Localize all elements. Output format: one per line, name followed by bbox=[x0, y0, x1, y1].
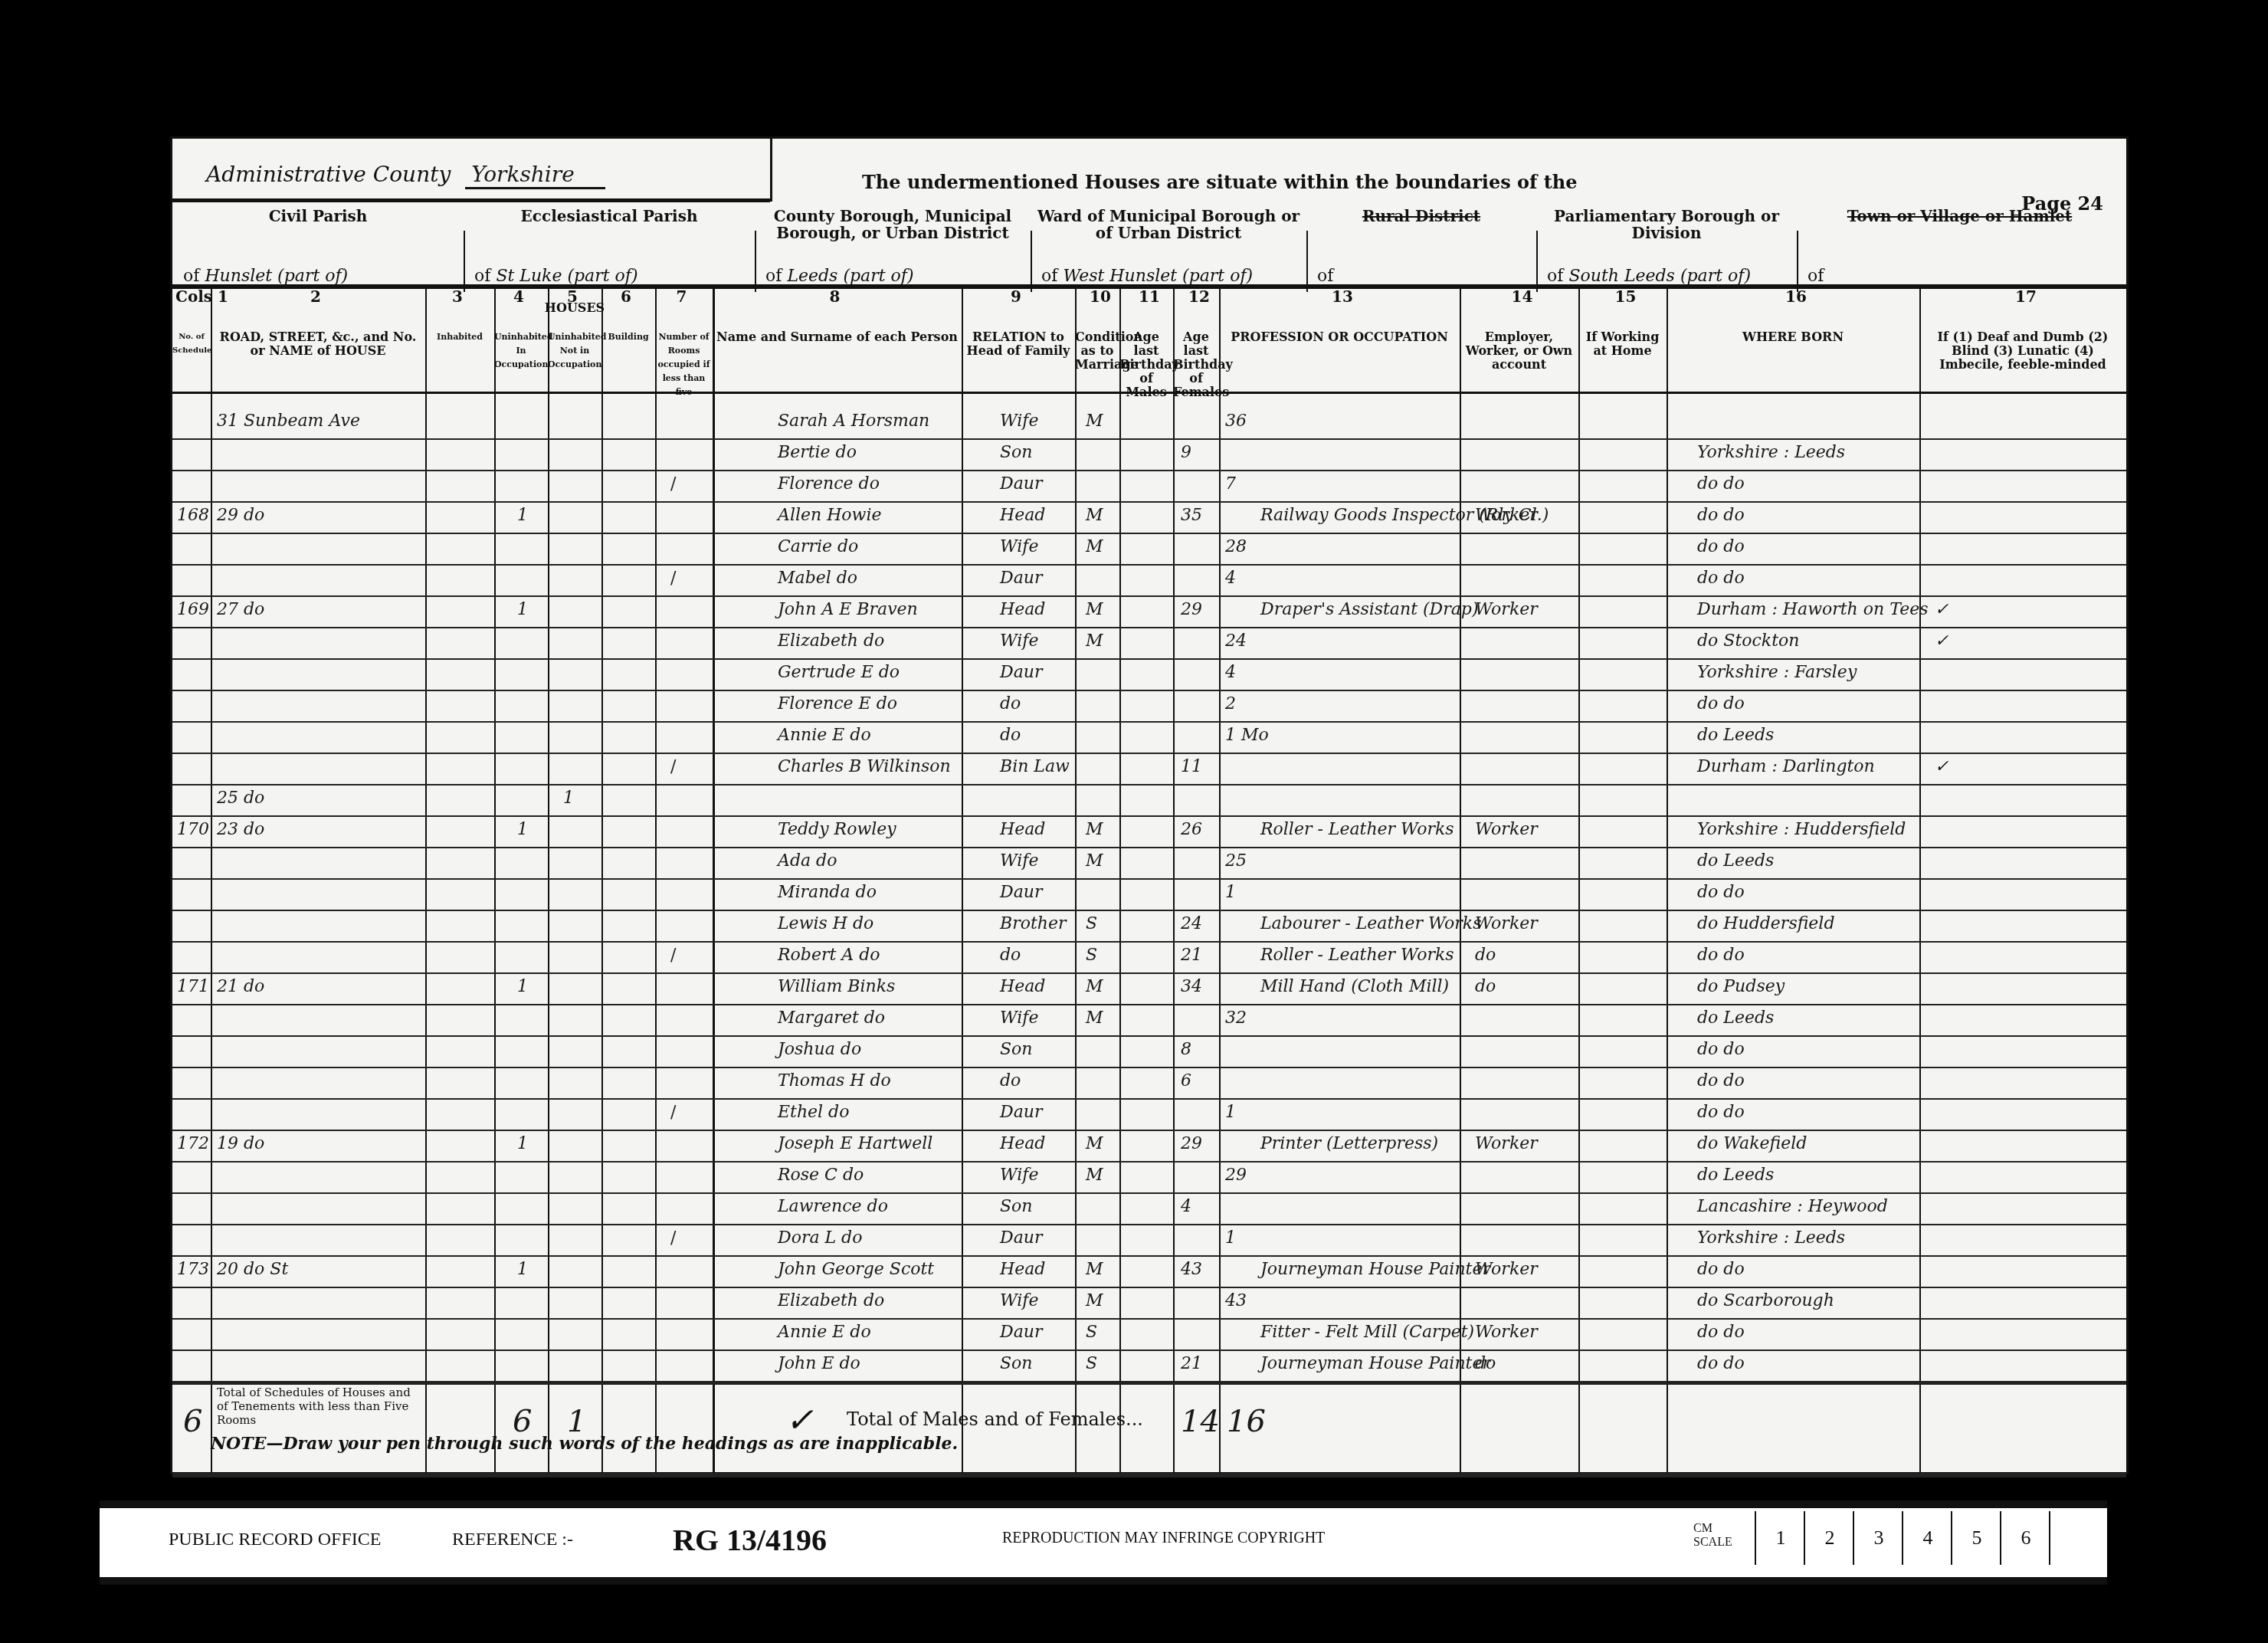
cell-inhab: 1 bbox=[517, 600, 528, 619]
cell-rel: Daur bbox=[1000, 883, 1042, 902]
cell-born: Yorkshire : Leeds bbox=[1697, 1228, 1845, 1248]
cell-rooms: / bbox=[670, 946, 676, 965]
cell-rel: Daur bbox=[1000, 569, 1042, 588]
total-schedules: 6 bbox=[183, 1404, 202, 1439]
column-number: 3 bbox=[452, 287, 463, 306]
area-label: Parliamentary Borough or Division bbox=[1536, 208, 1797, 241]
cell-rooms: / bbox=[670, 569, 676, 588]
cell-born: do Leeds bbox=[1697, 1166, 1774, 1185]
cell-cond: M bbox=[1086, 1291, 1103, 1310]
cell-rel: do bbox=[1000, 694, 1021, 713]
column-header: ROAD, STREET, &c., and No. or NAME of HO… bbox=[211, 330, 425, 358]
cell-emp: Worker bbox=[1475, 600, 1538, 619]
scale-mark: 1 bbox=[1755, 1511, 1805, 1565]
cell-occ: Mill Hand (Cloth Mill) bbox=[1260, 977, 1449, 996]
column-header: No. of Schedule bbox=[172, 330, 211, 358]
cell-born: do do bbox=[1697, 474, 1745, 494]
cell-rel: Wife bbox=[1000, 851, 1038, 871]
area-label: Ecclesiastical Parish bbox=[464, 208, 755, 225]
cell-male: 21 bbox=[1181, 1354, 1202, 1373]
cell-name: Carrie do bbox=[778, 537, 858, 556]
cell-rel: Wife bbox=[1000, 1166, 1038, 1185]
cell-rel: Son bbox=[1000, 443, 1033, 462]
column-header: RELATION to Head of Family bbox=[962, 330, 1075, 358]
cell-name: John A E Braven bbox=[778, 600, 918, 619]
reference-number: RG 13/4196 bbox=[673, 1522, 827, 1558]
column-header: Name and Surname of each Person bbox=[713, 330, 962, 344]
reference-label: REFERENCE :- bbox=[452, 1530, 573, 1550]
cell-cond: S bbox=[1086, 946, 1097, 965]
column-header: Age last Birthday of Males bbox=[1119, 330, 1173, 399]
column-header: WHERE BORN bbox=[1667, 330, 1919, 344]
cell-address: 21 do bbox=[217, 977, 264, 996]
area-label: County Borough, Municipal Borough, or Ur… bbox=[755, 208, 1031, 241]
cell-rel: do bbox=[1000, 1071, 1021, 1090]
cell-male: 11 bbox=[1181, 757, 1202, 776]
cell-rel: Son bbox=[1000, 1040, 1033, 1059]
cell-male: 9 bbox=[1181, 443, 1191, 462]
total-males: 14 bbox=[1181, 1404, 1220, 1439]
cell-name: Dora L do bbox=[778, 1228, 862, 1248]
column-header: Employer, Worker, or Own account bbox=[1460, 330, 1578, 372]
cell-emp: do bbox=[1475, 946, 1496, 965]
column-number: 16 bbox=[1785, 287, 1807, 306]
cell-female: 4 bbox=[1225, 569, 1236, 588]
copyright-notice: REPRODUCTION MAY INFRINGE COPYRIGHT bbox=[1002, 1530, 1325, 1547]
cell-rel: Head bbox=[1000, 506, 1045, 525]
cell-female: 2 bbox=[1225, 694, 1236, 713]
cell-rel: Head bbox=[1000, 1260, 1045, 1279]
cell-address: 27 do bbox=[217, 600, 264, 619]
cell-rel: Daur bbox=[1000, 474, 1042, 494]
cell-cond: M bbox=[1086, 506, 1103, 525]
cell-name: Ada do bbox=[778, 851, 837, 871]
cell-cond: S bbox=[1086, 914, 1097, 933]
cell-name: Sarah A Horsman bbox=[778, 412, 929, 431]
cell-name: Florence E do bbox=[778, 694, 897, 713]
cell-name: Ethel do bbox=[778, 1103, 849, 1122]
cell-inhab: 1 bbox=[517, 1134, 528, 1153]
column-header: Uninhabited In Occupation bbox=[494, 330, 548, 372]
cell-male: 43 bbox=[1181, 1260, 1202, 1279]
cell-occ: Draper's Assistant (Drap) bbox=[1260, 600, 1479, 619]
scale-label: CM SCALE bbox=[1693, 1522, 1724, 1550]
area-4: Rural Districtof bbox=[1306, 208, 1536, 292]
cell-name: Gertrude E do bbox=[778, 663, 900, 682]
cell-cond: M bbox=[1086, 851, 1103, 871]
cell-emp: Worker bbox=[1475, 1323, 1538, 1342]
cell-rel: Brother bbox=[1000, 914, 1066, 933]
cell-name: Joseph E Hartwell bbox=[778, 1134, 932, 1153]
area-label: Rural District bbox=[1306, 208, 1536, 225]
cell-name: Bertie do bbox=[778, 443, 857, 462]
cell-male: 26 bbox=[1181, 820, 1202, 839]
cell-rel: Head bbox=[1000, 1134, 1045, 1153]
cell-born: Durham : Darlington bbox=[1697, 757, 1875, 776]
column-number: 11 bbox=[1139, 287, 1160, 306]
cell-cond: M bbox=[1086, 600, 1103, 619]
cell-name: Annie E do bbox=[778, 1323, 871, 1342]
cell-address: 23 do bbox=[217, 820, 264, 839]
cell-rel: Daur bbox=[1000, 1103, 1042, 1122]
area-label: Town or Village or Hamlet bbox=[1797, 208, 2122, 225]
cell-born: do do bbox=[1697, 506, 1745, 525]
cell-rel: Wife bbox=[1000, 1008, 1038, 1028]
cell-born: do Leeds bbox=[1697, 726, 1774, 745]
cell-born: do Pudsey bbox=[1697, 977, 1785, 996]
cell-name: Robert A do bbox=[778, 946, 880, 965]
cell-female: 25 bbox=[1225, 851, 1247, 871]
column-number: 10 bbox=[1090, 287, 1111, 306]
area-value: of bbox=[1808, 267, 2112, 286]
cell-cond: S bbox=[1086, 1323, 1097, 1342]
cell-emp: Worker bbox=[1475, 506, 1538, 525]
cell-inf: ✓ bbox=[1935, 757, 1948, 776]
cell-cond: M bbox=[1086, 1134, 1103, 1153]
cell-rel: Wife bbox=[1000, 537, 1038, 556]
cell-name: Lewis H do bbox=[778, 914, 873, 933]
column-number: 7 bbox=[677, 287, 687, 306]
cell-rel: Wife bbox=[1000, 631, 1038, 651]
scale-mark: 2 bbox=[1804, 1511, 1854, 1565]
cell-cond: S bbox=[1086, 1354, 1097, 1373]
cell-female: 32 bbox=[1225, 1008, 1247, 1028]
cell-cond: M bbox=[1086, 1166, 1103, 1185]
admin-county-label: Administrative County bbox=[206, 162, 451, 187]
census-sheet: Administrative County Yorkshire The unde… bbox=[170, 136, 2129, 1474]
area-2: County Borough, Municipal Borough, or Ur… bbox=[755, 208, 1031, 292]
scale-mark: 4 bbox=[1902, 1511, 1952, 1565]
cell-inhab: 1 bbox=[517, 820, 528, 839]
cell-cond: M bbox=[1086, 631, 1103, 651]
cell-sched: 170 bbox=[177, 820, 209, 839]
area-label: Civil Parish bbox=[172, 208, 464, 225]
total-schedules-label: Total of Schedules of Houses and of Tene… bbox=[217, 1386, 416, 1427]
cell-occ: Fitter - Felt Mill (Carpet) bbox=[1260, 1323, 1474, 1342]
cell-emp: Worker bbox=[1475, 820, 1538, 839]
cell-male: 6 bbox=[1181, 1071, 1191, 1090]
cell-female: 4 bbox=[1225, 663, 1236, 682]
cell-emp: Worker bbox=[1475, 1260, 1538, 1279]
cell-name: Charles B Wilkinson bbox=[778, 757, 951, 776]
cell-name: Florence do bbox=[778, 474, 880, 494]
cell-name: Joshua do bbox=[778, 1040, 861, 1059]
cell-name: Miranda do bbox=[778, 883, 877, 902]
cell-born: do do bbox=[1697, 694, 1745, 713]
column-header: PROFESSION OR OCCUPATION bbox=[1219, 330, 1460, 344]
cell-male: 29 bbox=[1181, 600, 1202, 619]
cell-inf: ✓ bbox=[1935, 631, 1948, 651]
cell-born: do Leeds bbox=[1697, 851, 1774, 871]
cell-rooms: / bbox=[670, 474, 676, 494]
cell-male: 21 bbox=[1181, 946, 1202, 965]
cell-born: do do bbox=[1697, 537, 1745, 556]
column-header: Condition as to Marriage bbox=[1075, 330, 1119, 372]
cell-inf: ✓ bbox=[1935, 600, 1948, 619]
cell-male: 4 bbox=[1181, 1197, 1191, 1216]
page-title: The undermentioned Houses are situate wi… bbox=[862, 171, 1578, 193]
column-number: Cols 1 bbox=[175, 287, 228, 306]
column-header: Building bbox=[601, 330, 655, 344]
cell-female: 28 bbox=[1225, 537, 1247, 556]
cell-born: Durham : Haworth on Tees bbox=[1697, 600, 1928, 619]
cell-cond: M bbox=[1086, 820, 1103, 839]
cell-female: 43 bbox=[1225, 1291, 1247, 1310]
cell-born: Lancashire : Heywood bbox=[1697, 1197, 1888, 1216]
cell-female: 7 bbox=[1225, 474, 1236, 494]
cell-name: John George Scott bbox=[778, 1260, 934, 1279]
cell-rooms: / bbox=[670, 1228, 676, 1248]
cell-emp: Worker bbox=[1475, 914, 1538, 933]
area-value: of West Hunslet (part of) bbox=[1041, 267, 1296, 286]
cell-rel: do bbox=[1000, 946, 1021, 965]
houses-group-header: HOUSES bbox=[494, 301, 655, 315]
cell-female: 1 bbox=[1225, 1228, 1236, 1248]
cell-occ: Journeyman House Painter bbox=[1260, 1260, 1490, 1279]
cell-sched: 173 bbox=[177, 1260, 209, 1279]
cell-name: Annie E do bbox=[778, 726, 871, 745]
cell-address: 29 do bbox=[217, 506, 264, 525]
cell-name: Margaret do bbox=[778, 1008, 885, 1028]
cell-male: 8 bbox=[1181, 1040, 1191, 1059]
cell-cond: M bbox=[1086, 977, 1103, 996]
area-value: of St Luke (part of) bbox=[474, 267, 744, 286]
cell-name: Lawrence do bbox=[778, 1197, 888, 1216]
scale-mark: 6 bbox=[2000, 1511, 2050, 1565]
cell-born: do Scarborough bbox=[1697, 1291, 1834, 1310]
cell-cond: M bbox=[1086, 537, 1103, 556]
cell-rooms: / bbox=[670, 1103, 676, 1122]
cell-rel: Wife bbox=[1000, 1291, 1038, 1310]
cell-male: 24 bbox=[1181, 914, 1202, 933]
cell-cond: M bbox=[1086, 1260, 1103, 1279]
column-number: 2 bbox=[310, 287, 321, 306]
column-number: 15 bbox=[1615, 287, 1637, 306]
cell-name: Mabel do bbox=[778, 569, 857, 588]
admin-county-value: Yorkshire bbox=[465, 162, 605, 189]
cell-unocc: 1 bbox=[563, 789, 574, 808]
cell-female: 29 bbox=[1225, 1166, 1247, 1185]
cell-born: do Wakefield bbox=[1697, 1134, 1807, 1153]
cell-male: 29 bbox=[1181, 1134, 1202, 1153]
cell-address: 25 do bbox=[217, 789, 264, 808]
footnote: NOTE—Draw your pen through such words of… bbox=[211, 1434, 958, 1454]
column-header: Age last Birthday of Females bbox=[1173, 330, 1219, 399]
column-number: 13 bbox=[1332, 287, 1353, 306]
cell-cond: M bbox=[1086, 1008, 1103, 1028]
area-5: Parliamentary Borough or Divisionof Sout… bbox=[1536, 208, 1797, 292]
cell-rel: Daur bbox=[1000, 663, 1042, 682]
cell-rel: Wife bbox=[1000, 412, 1038, 431]
cell-rel: Daur bbox=[1000, 1323, 1042, 1342]
cell-born: do do bbox=[1697, 883, 1745, 902]
area-value: of Leeds (part of) bbox=[765, 267, 1020, 286]
cell-occ: Labourer - Leather Works bbox=[1260, 914, 1481, 933]
cell-address: 31 Sunbeam Ave bbox=[217, 412, 360, 431]
area-value: of South Leeds (part of) bbox=[1547, 267, 1786, 286]
cell-born: do do bbox=[1697, 1323, 1745, 1342]
cell-emp: do bbox=[1475, 1354, 1496, 1373]
cell-emp: do bbox=[1475, 977, 1496, 996]
cell-emp: Worker bbox=[1475, 1134, 1538, 1153]
cell-name: Elizabeth do bbox=[778, 631, 884, 651]
area-3: Ward of Municipal Borough or of Urban Di… bbox=[1031, 208, 1306, 292]
area-1: Ecclesiastical Parishof St Luke (part of… bbox=[464, 208, 755, 292]
column-number: 9 bbox=[1011, 287, 1021, 306]
cell-born: do do bbox=[1697, 1354, 1745, 1373]
cell-name: Teddy Rowley bbox=[778, 820, 896, 839]
column-number: 17 bbox=[2015, 287, 2037, 306]
cell-rooms: / bbox=[670, 757, 676, 776]
total-persons-label: Total of Males and of Females... bbox=[847, 1409, 1143, 1430]
cell-born: do do bbox=[1697, 569, 1745, 588]
cell-inhab: 1 bbox=[517, 977, 528, 996]
cell-occ: Journeyman House Painter bbox=[1260, 1354, 1490, 1373]
cell-cond: M bbox=[1086, 412, 1103, 431]
cell-born: do do bbox=[1697, 1040, 1745, 1059]
area-0: Civil Parishof Hunslet (part of) bbox=[172, 208, 464, 292]
column-header: Inhabited bbox=[425, 330, 494, 344]
cell-sched: 169 bbox=[177, 600, 209, 619]
cell-occ: Roller - Leather Works bbox=[1260, 820, 1454, 839]
cell-born: do Leeds bbox=[1697, 1008, 1774, 1028]
cell-rel: Son bbox=[1000, 1354, 1033, 1373]
cell-female: 24 bbox=[1225, 631, 1247, 651]
cell-name: John E do bbox=[778, 1354, 860, 1373]
scale-mark: 3 bbox=[1853, 1511, 1903, 1565]
archive-footer: PUBLIC RECORD OFFICE REFERENCE :- RG 13/… bbox=[100, 1500, 2107, 1585]
area-value: of bbox=[1317, 267, 1526, 286]
column-header: Number of Rooms occupied if less than fi… bbox=[655, 330, 713, 399]
census-table: Cols 1No. of Schedule2ROAD, STREET, &c.,… bbox=[172, 284, 2126, 1476]
office-label: PUBLIC RECORD OFFICE bbox=[169, 1530, 381, 1550]
scale-mark: 5 bbox=[1951, 1511, 2001, 1565]
cell-rel: Bin Law bbox=[1000, 757, 1070, 776]
cell-born: do do bbox=[1697, 1260, 1745, 1279]
cell-female: 1 bbox=[1225, 1103, 1236, 1122]
column-number: 14 bbox=[1512, 287, 1533, 306]
column-header: If Working at Home bbox=[1578, 330, 1667, 358]
cell-female: 36 bbox=[1225, 412, 1247, 431]
cell-name: William Binks bbox=[778, 977, 895, 996]
cell-rel: Head bbox=[1000, 820, 1045, 839]
cell-born: do Stockton bbox=[1697, 631, 1799, 651]
cell-rel: Daur bbox=[1000, 1228, 1042, 1248]
cell-inhab: 1 bbox=[517, 506, 528, 525]
cell-address: 19 do bbox=[217, 1134, 264, 1153]
column-header: Uninhabited Not in Occupation bbox=[548, 330, 601, 372]
cell-sched: 168 bbox=[177, 506, 209, 525]
column-header: If (1) Deaf and Dumb (2) Blind (3) Lunat… bbox=[1919, 330, 2126, 372]
area-6: Town or Village or Hamletof bbox=[1797, 208, 2122, 292]
cell-female: 1 Mo bbox=[1225, 726, 1269, 745]
cell-born: Yorkshire : Farsley bbox=[1697, 663, 1857, 682]
cell-male: 35 bbox=[1181, 506, 1202, 525]
cell-born: Yorkshire : Leeds bbox=[1697, 443, 1845, 462]
cell-name: Rose C do bbox=[778, 1166, 864, 1185]
cell-name: Allen Howie bbox=[778, 506, 881, 525]
cell-born: do do bbox=[1697, 1103, 1745, 1122]
cell-sched: 172 bbox=[177, 1134, 209, 1153]
cell-born: do do bbox=[1697, 946, 1745, 965]
cell-name: Elizabeth do bbox=[778, 1291, 884, 1310]
cell-inhab: 1 bbox=[517, 1260, 528, 1279]
cell-address: 20 do St bbox=[217, 1260, 288, 1279]
cell-occ: Roller - Leather Works bbox=[1260, 946, 1454, 965]
admin-county: Administrative County Yorkshire bbox=[206, 162, 605, 187]
cell-male: 34 bbox=[1181, 977, 1202, 996]
column-number: 8 bbox=[830, 287, 841, 306]
cell-name: Thomas H do bbox=[778, 1071, 891, 1090]
cell-rel: Head bbox=[1000, 977, 1045, 996]
cell-rel: do bbox=[1000, 726, 1021, 745]
column-number: 12 bbox=[1188, 287, 1210, 306]
total-females: 16 bbox=[1227, 1404, 1266, 1439]
area-label: Ward of Municipal Borough or of Urban Di… bbox=[1031, 208, 1306, 241]
cell-born: do do bbox=[1697, 1071, 1745, 1090]
cell-rel: Head bbox=[1000, 600, 1045, 619]
cell-rel: Son bbox=[1000, 1197, 1033, 1216]
cell-sched: 171 bbox=[177, 977, 209, 996]
cell-occ: Printer (Letterpress) bbox=[1260, 1134, 1438, 1153]
cell-female: 1 bbox=[1225, 883, 1236, 902]
cell-born: do Huddersfield bbox=[1697, 914, 1834, 933]
cell-born: Yorkshire : Huddersfield bbox=[1697, 820, 1906, 839]
area-value: of Hunslet (part of) bbox=[183, 267, 453, 286]
